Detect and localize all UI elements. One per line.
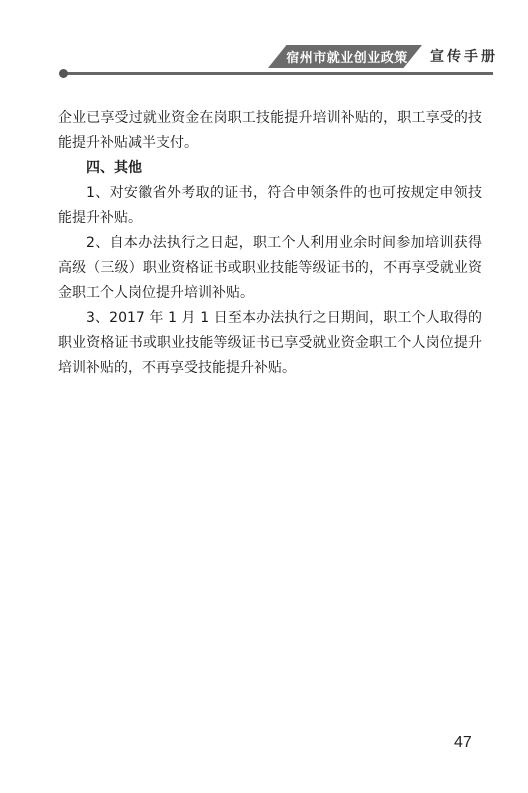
header-subtitle: 宣传手册 (430, 46, 498, 66)
page-header: 宿州市就业创业政策 宣传手册 (0, 0, 528, 80)
banner-title: 宿州市就业创业政策 (282, 47, 408, 66)
paragraph-item-1: 1、对安徽省外考取的证书，符合申领条件的也可按规定申领技能提升补贴。 (58, 181, 482, 231)
header-bullet-dot-icon (59, 69, 68, 78)
page-number: 47 (454, 734, 472, 752)
header-banner: 宿州市就业创业政策 (268, 45, 422, 68)
section-heading: 四、其他 (58, 156, 482, 181)
paragraph-item-3: 3、2017 年 1 月 1 日至本办法执行之日期间，职工个人取得的职业资格证书… (58, 306, 482, 381)
paragraph-continuation: 企业已享受过就业资金在岗职工技能提升培训补贴的，职工享受的技能提升补贴减半支付。 (58, 106, 482, 156)
paragraph-item-2: 2、自本办法执行之日起，职工个人利用业余时间参加培训获得高级（三级）职业资格证书… (58, 231, 482, 306)
page-body: 企业已享受过就业资金在岗职工技能提升培训补贴的，职工享受的技能提升补贴减半支付。… (58, 106, 482, 381)
header-rule-divider (63, 72, 493, 75)
